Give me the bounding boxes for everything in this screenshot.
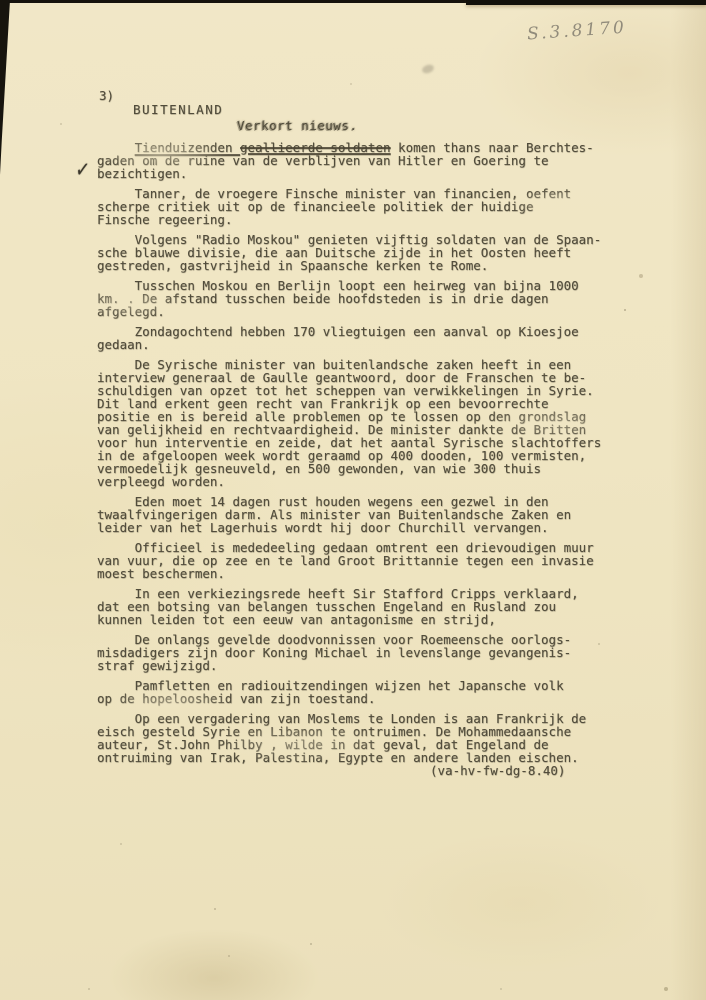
- scanned-page: S.3.8170 ✓ 3) BUITENLAND Verkort nieuws.…: [0, 0, 706, 1000]
- paragraph-syrische-minister: De Syrische minister van buitenlandsche …: [97, 358, 627, 488]
- typewritten-text-column: ✓ 3) BUITENLAND Verkort nieuws. Tienduiz…: [97, 89, 627, 777]
- section-title: BUITENLAND: [133, 103, 627, 116]
- handwritten-archive-number: S.3.8170: [526, 18, 627, 45]
- paragraph-tanner: Tanner, de vroegere Finsche minister van…: [97, 187, 627, 226]
- margin-check-mark: ✓: [76, 160, 89, 180]
- paragraph-radio-moskou: Volgens "Radio Moskou" genieten vijftig …: [97, 233, 627, 272]
- paper-sheet: S.3.8170 ✓ 3) BUITENLAND Verkort nieuws.…: [0, 3, 706, 1000]
- paragraph-eden: Eden moet 14 dagen rust houden wegens ee…: [97, 495, 627, 534]
- paragraph-doodvonnissen: De onlangs gevelde doodvonnissen voor Ro…: [97, 633, 627, 672]
- paragraph-moskou-berlijn: Tusschen Moskou en Berlijn loopt een hei…: [97, 279, 627, 318]
- pencil-smudge: [421, 63, 435, 75]
- sign-off-code: (va-hv-fw-dg-8.40): [430, 764, 627, 777]
- document-subtitle: Verkort nieuws.: [237, 119, 627, 132]
- paragraph-cripps: In een verkiezingsrede heeft Sir Staffor…: [97, 587, 627, 626]
- paragraph-kioesjoe: Zondagochtend hebben 170 vliegtuigen een…: [97, 325, 627, 351]
- page-number: 3): [99, 89, 627, 102]
- paragraph-pamfletten: Pamfletten en radiouitzendingen wijzen h…: [97, 679, 627, 705]
- scan-edge-top-right: [466, 0, 706, 5]
- paragraph-officieel: Officieel is mededeeling gedaan omtrent …: [97, 541, 627, 580]
- paragraph-moslems-londen: Op een vergadering van Moslems te Londen…: [97, 712, 627, 764]
- paragraph-berchtesgaden: Tienduizenden geallieerde soldaten komen…: [97, 141, 627, 180]
